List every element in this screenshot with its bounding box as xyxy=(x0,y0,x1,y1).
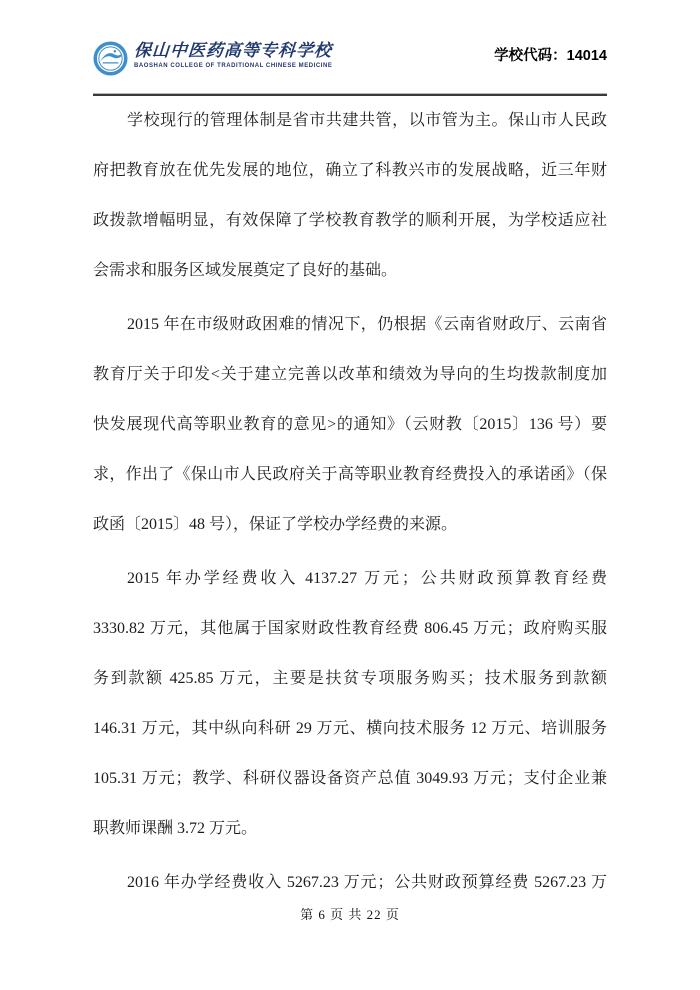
college-name-chinese: 保山中医药高等专科学校 xyxy=(133,40,333,62)
text-line: 2015 年办学经费收入 4137.27 万元；公共财政预算教育经费 xyxy=(93,554,607,604)
text-line: 学校现行的管理体制是省市共建共管，以市管为主。保山市人民政 xyxy=(93,96,607,146)
paragraph-2: 2015 年在市级财政困难的情况下，仍根据《云南省财政厅、云南省 教育厅关于印发… xyxy=(93,300,607,550)
text-line: 政函〔2015〕48 号），保证了学校办学经费的来源。 xyxy=(93,500,607,550)
text-line: 105.31 万元；教学、科研仪器设备资产总值 3049.93 万元；支付企业兼 xyxy=(93,754,607,804)
text-line: 快发展现代高等职业教育的意见>的通知》（云财教〔2015〕136 号）要 xyxy=(93,400,607,450)
text-line: 146.31 万元，其中纵向科研 29 万元、横向技术服务 12 万元、培训服务 xyxy=(93,704,607,754)
college-emblem-icon xyxy=(93,41,128,76)
text-line: 3330.82 万元，其他属于国家财政性教育经费 806.45 万元；政府购买服 xyxy=(93,604,607,654)
text-line: 务到款额 425.85 万元，主要是扶贫专项服务购买；技术服务到款额 xyxy=(93,654,607,704)
text-line: 教育厅关于印发<关于建立完善以改革和绩效为导向的生均拨款制度加 xyxy=(93,350,607,400)
text-line: 职教师课酬 3.72 万元。 xyxy=(93,804,607,854)
college-name-english: BAOSHAN COLLEGE OF TRADITIONAL CHINESE M… xyxy=(134,62,332,70)
paragraph-1: 学校现行的管理体制是省市共建共管，以市管为主。保山市人民政 府把教育放在优先发展… xyxy=(93,96,607,296)
text-line: 府把教育放在优先发展的地位，确立了科教兴市的发展战略，近三年财 xyxy=(93,146,607,196)
page-number-footer: 第 6 页 共 22 页 xyxy=(0,903,700,927)
school-code-label: 学校代码：14014 xyxy=(494,46,607,66)
college-brand: 保山中医药高等专科学校 BAOSHAN COLLEGE OF TRADITION… xyxy=(93,40,332,76)
text-line: 求，作出了《保山市人民政府关于高等职业教育经费投入的承诺函》（保 xyxy=(93,450,607,500)
document-page: 保山中医药高等专科学校 BAOSHAN COLLEGE OF TRADITION… xyxy=(0,0,700,990)
text-line: 会需求和服务区域发展奠定了良好的基础。 xyxy=(93,246,607,296)
text-line: 政拨款增幅明显，有效保障了学校教育教学的顺利开展，为学校适应社 xyxy=(93,196,607,246)
college-name-block: 保山中医药高等专科学校 BAOSHAN COLLEGE OF TRADITION… xyxy=(134,40,332,70)
paragraph-3: 2015 年办学经费收入 4137.27 万元；公共财政预算教育经费 3330.… xyxy=(93,554,607,854)
paragraph-4: 2016 年办学经费收入 5267.23 万元；公共财政预算经费 5267.23… xyxy=(93,858,607,908)
text-line: 2016 年办学经费收入 5267.23 万元；公共财政预算经费 5267.23… xyxy=(93,858,607,908)
text-line: 2015 年在市级财政困难的情况下，仍根据《云南省财政厅、云南省 xyxy=(93,300,607,350)
document-body: 学校现行的管理体制是省市共建共管，以市管为主。保山市人民政 府把教育放在优先发展… xyxy=(93,96,607,908)
page-header: 保山中医药高等专科学校 BAOSHAN COLLEGE OF TRADITION… xyxy=(93,40,607,84)
